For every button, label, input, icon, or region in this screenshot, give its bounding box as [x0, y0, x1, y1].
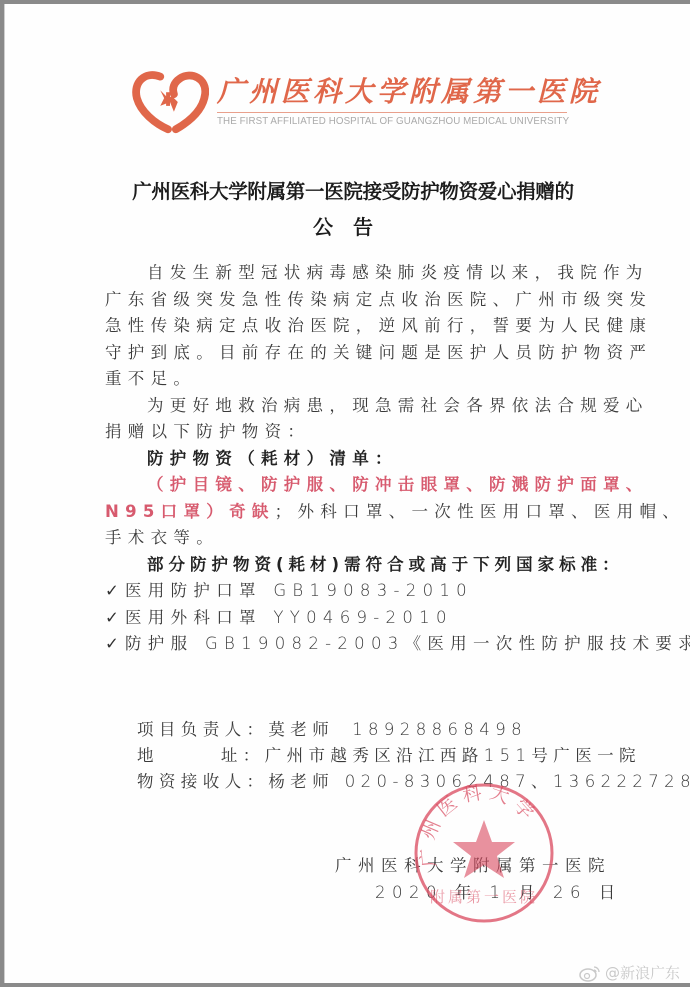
para1-line: 广东省级突发急性传染病定点收治医院、广州市级突发 — [105, 287, 605, 314]
letterhead: 广州医科大学附属第一医院 THE FIRST AFFILIATED HOSPIT… — [131, 66, 571, 136]
supply-list-heading: 防护物资（耗材）清单： — [105, 446, 605, 473]
para1-line: 急性传染病定点收治医院，逆风前行，誓要为人民健康 — [105, 313, 605, 340]
standard-text: 防护服 GB19082-2003《医用一次性防护服技术要求》 — [125, 634, 690, 653]
project-lead-line: 项目负责人：莫老师18928868498 — [137, 717, 657, 743]
document-subtitle: 公告 — [93, 211, 613, 240]
standard-item: ✓医用外科口罩 YY0469-2010 — [105, 605, 605, 632]
watermark-text: @新浪广东 — [605, 962, 680, 983]
checkmark-icon: ✓ — [105, 631, 125, 658]
para1-line: 重不足。 — [105, 366, 605, 393]
supply-list-shortage-line: （护目镜、防护服、防冲击眼罩、防溅防护面罩、 — [105, 472, 605, 499]
para2-line: 为更好地救治病患，现急需社会各界依法合规爱心 — [105, 393, 605, 420]
checkmark-icon: ✓ — [105, 605, 125, 632]
address-label: 地 — [137, 746, 159, 765]
supply-list-line: N95口罩）奇缺；外科口罩、一次性医用口罩、医用帽、 — [105, 499, 605, 526]
para1-line: 守护到底。目前存在的关键问题是医护人员防护物资严 — [105, 340, 605, 367]
document-title: 广州医科大学附属第一医院接受防护物资爱心捐赠的 — [93, 176, 613, 204]
heart-cross-logo-icon — [131, 68, 209, 134]
receiver-phones: 020-83062487、13622272866 — [345, 772, 690, 791]
standard-text: 医用外科口罩 YY0469-2010 — [125, 608, 453, 627]
weibo-watermark: @新浪广东 — [579, 962, 680, 983]
signature-org: 广州医科大学附属第一医院 — [335, 852, 615, 879]
address-line: 地址：广州市越秀区沿江西路151号广医一院 — [137, 743, 657, 769]
project-lead-name: 莫老师 — [268, 720, 334, 739]
weibo-icon — [579, 964, 601, 982]
bottom-border — [0, 983, 690, 987]
document-page: 广州医科大学附属第一医院 THE FIRST AFFILIATED HOSPIT… — [4, 4, 690, 983]
standard-text: 医用防护口罩 GB19083-2010 — [125, 581, 473, 600]
standard-item: ✓医用防护口罩 GB19083-2010 — [105, 578, 605, 605]
para1-line: 自发生新型冠状病毒感染肺炎疫情以来，我院作为 — [105, 260, 605, 287]
signature-date: 2020 年 1 月 26 日 — [335, 879, 615, 906]
supply-list-line: 手术衣等。 — [105, 525, 605, 552]
document-body: 自发生新型冠状病毒感染肺炎疫情以来，我院作为 广东省级突发急性传染病定点收治医院… — [105, 260, 605, 658]
para2-line: 捐赠以下防护物资： — [105, 419, 605, 446]
address-value: 广州市越秀区沿江西路151号广医一院 — [265, 746, 641, 765]
hospital-name-en: THE FIRST AFFILIATED HOSPITAL OF GUANGZH… — [217, 115, 569, 127]
supply-list-other-items: ；外科口罩、一次性医用口罩、医用帽、 — [275, 502, 685, 521]
signature-block: 广州医科大学附属第一医院 2020 年 1 月 26 日 — [335, 852, 615, 906]
contact-block: 项目负责人：莫老师18928868498 地址：广州市越秀区沿江西路151号广医… — [137, 717, 657, 795]
project-lead-label: 项目负责人： — [137, 720, 268, 739]
letterhead-rule — [217, 112, 567, 113]
standards-heading: 部分防护物资(耗材)需符合或高于下列国家标准： — [105, 552, 605, 579]
address-label-suffix: 址： — [221, 746, 265, 765]
standard-item: ✓防护服 GB19082-2003《医用一次性防护服技术要求》 — [105, 631, 605, 658]
checkmark-icon: ✓ — [105, 578, 125, 605]
receiver-line: 物资接收人：杨老师 020-83062487、13622272866 — [137, 769, 657, 795]
project-lead-phone: 18928868498 — [352, 720, 527, 739]
hospital-name-cn: 广州医科大学附属第一医院 — [217, 70, 601, 110]
receiver-name: 杨老师 — [268, 772, 334, 791]
receiver-label: 物资接收人： — [137, 772, 268, 791]
supply-list-shortage-text: N95口罩）奇缺 — [105, 502, 275, 521]
